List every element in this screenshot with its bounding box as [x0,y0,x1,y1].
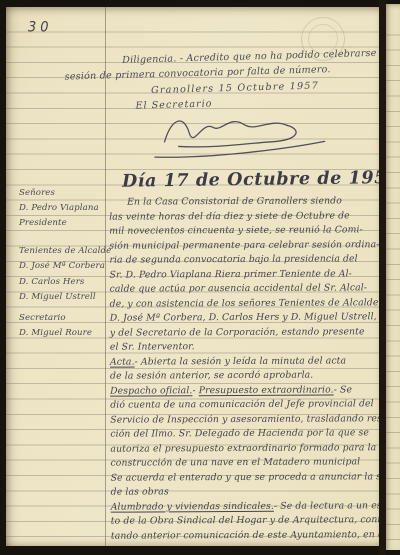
margin-note: Tenientes de Alcalde [19,246,111,256]
manuscript-line: Acta.- Abierta la sesión y leída la minu… [110,354,362,370]
manuscript-line: de las obras [111,484,363,500]
margin-note: Presidente [19,218,67,228]
day-title: Día 17 de Octubre de 1957 [122,168,374,192]
manuscript-line: construcción de una nave en el Matadero … [110,455,362,471]
manuscript-line: las veinte horas del día diez y siete de… [109,209,361,225]
facing-page-ruled-lines [386,20,400,548]
facing-page-edge [386,4,400,550]
manuscript-body: En la Casa Consistorial de Granollers si… [109,194,363,543]
page-gap-shadow [379,0,386,555]
margin-note: Secretario [19,313,66,323]
margin-note: D. Miguel Roure [19,328,92,338]
margin-note: D. José Mª Corbera [19,261,105,271]
manuscript-line: ria de segunda convocatoria bajo la pres… [109,252,361,268]
scanned-page: 30 Diligencia. - Acredito que no ha podi… [0,0,400,555]
margin-note: Señores [19,188,55,198]
manuscript-line: Sr. D. Pedro Viaplana Riera primer Tenie… [109,267,361,283]
manuscript-line: sión municipal permanente para celebrar … [109,238,361,254]
manuscript-line: autoriza el presupuesto extraordinario f… [110,441,362,457]
manuscript-line: Servicio de Inspección y asesoramiento, … [110,412,362,428]
manuscript-line: En la Casa Consistorial de Granollers si… [109,194,361,210]
manuscript-line: dió cuenta de una comunicación del Jefe … [110,397,362,413]
margin-divider-line [105,7,106,546]
manuscript-line: tando anterior comunicación de este Ayun… [111,528,363,544]
manuscript-line: Alumbrado y viviendas sindicales.- Se da… [111,499,363,515]
manuscript-line: D. José Mª Corbera, D. Carlos Hers y D. … [110,310,362,326]
manuscript-line: ción del Ilmo. Sr. Delegado de Hacienda … [110,426,362,442]
manuscript-line: de, y con asistencia de los señores Teni… [110,296,362,312]
manuscript-line: mil novecientos cincuenta y siete, se re… [109,223,361,239]
margin-note: D. Pedro Viaplana [19,203,99,213]
manuscript-line: calde que actúa por ausencia accidental … [110,281,362,297]
notebook-page: 30 Diligencia. - Acredito que no ha podi… [6,7,379,546]
manuscript-line: y del Secretario de la Corporación, esta… [110,325,362,341]
margin-note: D. Carlos Hers [19,277,84,287]
diligencia-line: El Secretario [135,96,212,113]
manuscript-line: el Sr. Interventor. [110,339,362,355]
manuscript-line: to de la Obra Sindical del Hogar y de Ar… [111,513,363,529]
margin-notes: SeñoresD. Pedro ViaplanaPresidenteTenien… [6,7,105,555]
manuscript-line: Despacho oficial.- Presupuesto extraordi… [110,383,362,399]
manuscript-line: Se acuerda el enterado y que se proceda … [111,470,363,486]
manuscript-line: de la sesión anterior, se acordó aprobar… [110,368,362,384]
margin-note: D. Miguel Ustrell [19,292,96,302]
